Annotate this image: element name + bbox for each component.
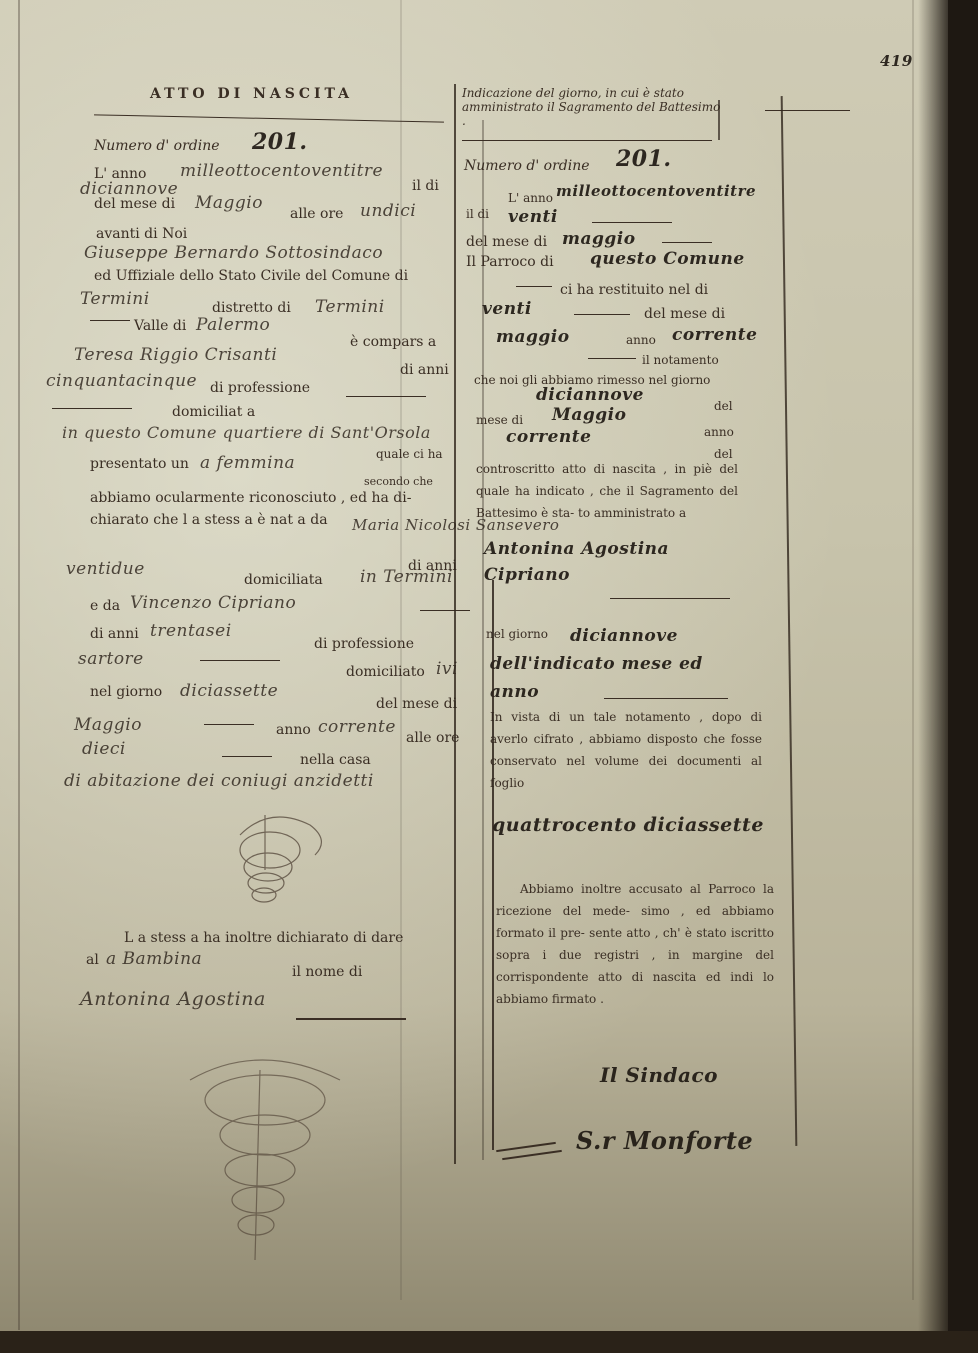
box-border-right (781, 96, 798, 1146)
fill-rule (592, 222, 672, 223)
comune-value: Termini (80, 290, 150, 308)
nome-label: il nome di (292, 964, 362, 980)
domicile-value: in questo Comune quartiere di Sant'Orsol… (62, 424, 431, 442)
fill-rule (420, 610, 470, 611)
father-eta-value: trentasei (150, 622, 232, 640)
left-title: ATTO DI NASCITA (150, 86, 353, 102)
parroco-label: Il Parroco di (466, 254, 554, 270)
restituito-value: venti (482, 300, 532, 318)
fill-rule (516, 286, 552, 287)
notamento-label: il notamento (642, 352, 719, 368)
closing-text: Abbiamo inoltre accusato al Parroco la r… (496, 878, 774, 1010)
r-mese-value: maggio (562, 230, 636, 248)
r-mese3-value: Maggio (552, 406, 626, 424)
father-dom-label: domiciliato (346, 664, 425, 680)
birth-anno-label: anno (276, 722, 311, 738)
birth-anno-value: corrente (318, 718, 396, 736)
valle-label: Valle di (134, 318, 186, 334)
valle-value: Palermo (196, 316, 270, 334)
signature-sindaco: Il Sindaco (600, 1066, 718, 1084)
professione-label: di professione (210, 380, 310, 396)
right-title: Indicazione del giorno, in cui è stato a… (462, 86, 722, 128)
riconosciuto-label: abbiamo ocularmente riconosciuto , ed ha… (90, 490, 411, 506)
signature-monforte: S.r Monforte (576, 1132, 753, 1150)
box-border-left (492, 580, 494, 1150)
distretto-label: distretto di (212, 300, 291, 316)
column-divider (482, 120, 484, 1160)
mother-dom-label: domiciliata (244, 572, 323, 588)
fill-rule (222, 756, 272, 757)
vista-text: In vista di un tale notamento , dopo di … (490, 706, 762, 794)
box-border (718, 100, 720, 140)
ore-value: undici (360, 202, 416, 220)
fill-rule (90, 320, 130, 321)
fill-rule (604, 698, 728, 699)
giorno-label: nel giorno (90, 684, 162, 700)
eta-value: cinquantacinque (46, 372, 197, 390)
r-giorno-value: diciannove dell'indicato mese ed anno (490, 622, 740, 706)
avanti-label: avanti di Noi (96, 226, 187, 242)
comparso-label: è compars a (350, 334, 436, 350)
ore-label: alle ore (290, 206, 343, 222)
page-number: 419 (880, 52, 913, 70)
foglio-value: quattrocento diciassette (492, 816, 764, 834)
father-eta-label: di anni (90, 626, 139, 642)
sex-value: a femmina (200, 454, 295, 472)
mother-dom-value: in Termini (360, 568, 453, 586)
father-prof-value: sartore (78, 650, 144, 668)
r-anno3-label: anno (704, 424, 734, 440)
r-mese2-value: maggio (496, 328, 570, 346)
r-mese3-label: mese di (476, 412, 523, 428)
secondo-label: secondo che (364, 474, 433, 490)
r-mese-label: del mese di (466, 234, 547, 250)
bottom-shadow (0, 1331, 978, 1353)
signature-dash (496, 1142, 556, 1152)
declarant-value: Teresa Riggio Crisanti (74, 346, 277, 364)
rimesso-value: diciannove (536, 386, 644, 404)
order-number: 201. (252, 133, 308, 151)
r-anno-label: L' anno (508, 190, 553, 206)
giorno-value: diciassette (180, 682, 278, 700)
domiciliata-label: domiciliat a (172, 404, 255, 420)
fill-rule (200, 660, 280, 661)
r-mese2-label: del mese di (644, 306, 725, 322)
fill-rule (52, 408, 132, 409)
fill-rule (346, 396, 426, 397)
r-anno-value: milleottocentoventitre (556, 182, 756, 200)
r-anno2-value: corrente (672, 326, 757, 344)
birth-mese-value: Maggio (74, 716, 142, 734)
fill-rule (296, 1018, 406, 1020)
controscritto-text: controscritto atto di nascita , in piè d… (476, 458, 738, 524)
quale-label: quale ci ha (376, 446, 443, 462)
corner-rule (765, 110, 850, 111)
birth-mese-label: del mese di (376, 696, 457, 712)
fill-rule (204, 724, 254, 725)
mese-label: del mese di (94, 196, 175, 212)
battezzato-value: Antonina Agostina Cipriano (484, 536, 744, 588)
title-rule (94, 114, 444, 122)
r-il-di-label: il di (466, 206, 489, 222)
presentato-label: presentato un (90, 456, 189, 472)
r-day-value: venti (508, 208, 558, 226)
book-binding-shadow (918, 0, 978, 1353)
fill-rule (588, 358, 636, 359)
column-divider (454, 84, 456, 1164)
father-label: e da (90, 598, 120, 614)
fill-rule (574, 314, 630, 315)
right-order-number: 201. (616, 150, 672, 168)
naming-line: L a stess a ha inoltre dichiarato di dar… (124, 930, 403, 946)
mese-value: Maggio (195, 194, 263, 212)
r-anno2-label: anno (626, 332, 656, 348)
casa-value: di abitazione dei coniugi anzidetti (64, 772, 374, 790)
fold-line (912, 0, 914, 1300)
order-label: Numero d' ordine (94, 138, 220, 154)
r-anno3-value: corrente (506, 428, 591, 446)
dichiarato-label: chiarato che l a stess a è nat a da (90, 512, 328, 528)
officer-value: Giuseppe Bernardo Sottosindaco (84, 244, 383, 262)
father-value: Vincenzo Cipriano (130, 594, 296, 612)
name-value: Antonina Agostina (80, 990, 266, 1008)
anno-value: milleottocentoventitre (180, 162, 383, 180)
r-del-label: del (714, 398, 733, 414)
child-value: a Bambina (106, 950, 202, 968)
eta-label: di anni (400, 362, 449, 378)
flourish-icon (170, 1040, 370, 1280)
distretto-value: Termini (315, 298, 385, 316)
al-label: al (86, 952, 99, 968)
father-prof-label: di professione (314, 636, 414, 652)
il-di-label: il di (412, 178, 439, 194)
flourish-icon (200, 795, 350, 925)
register-page: 419 ATTO DI NASCITA Numero d' ordine 201… (0, 0, 948, 1338)
title-rule (462, 140, 712, 141)
mother-eta-value: ventidue (66, 560, 145, 578)
birth-ore-value: dieci (82, 740, 126, 758)
signature-dash (502, 1150, 562, 1160)
parroco-value: questo Comune (590, 250, 745, 268)
right-order-label: Numero d' ordine (464, 158, 590, 174)
page-edge-line (18, 0, 20, 1330)
fill-rule (662, 242, 712, 243)
birth-ore-label: alle ore (406, 730, 459, 746)
fill-rule (610, 598, 730, 599)
ufficiale-label: ed Uffiziale dello Stato Civile del Comu… (94, 268, 408, 284)
restituito-label: ci ha restituito nel di (560, 282, 708, 298)
casa-label: nella casa (300, 752, 371, 768)
